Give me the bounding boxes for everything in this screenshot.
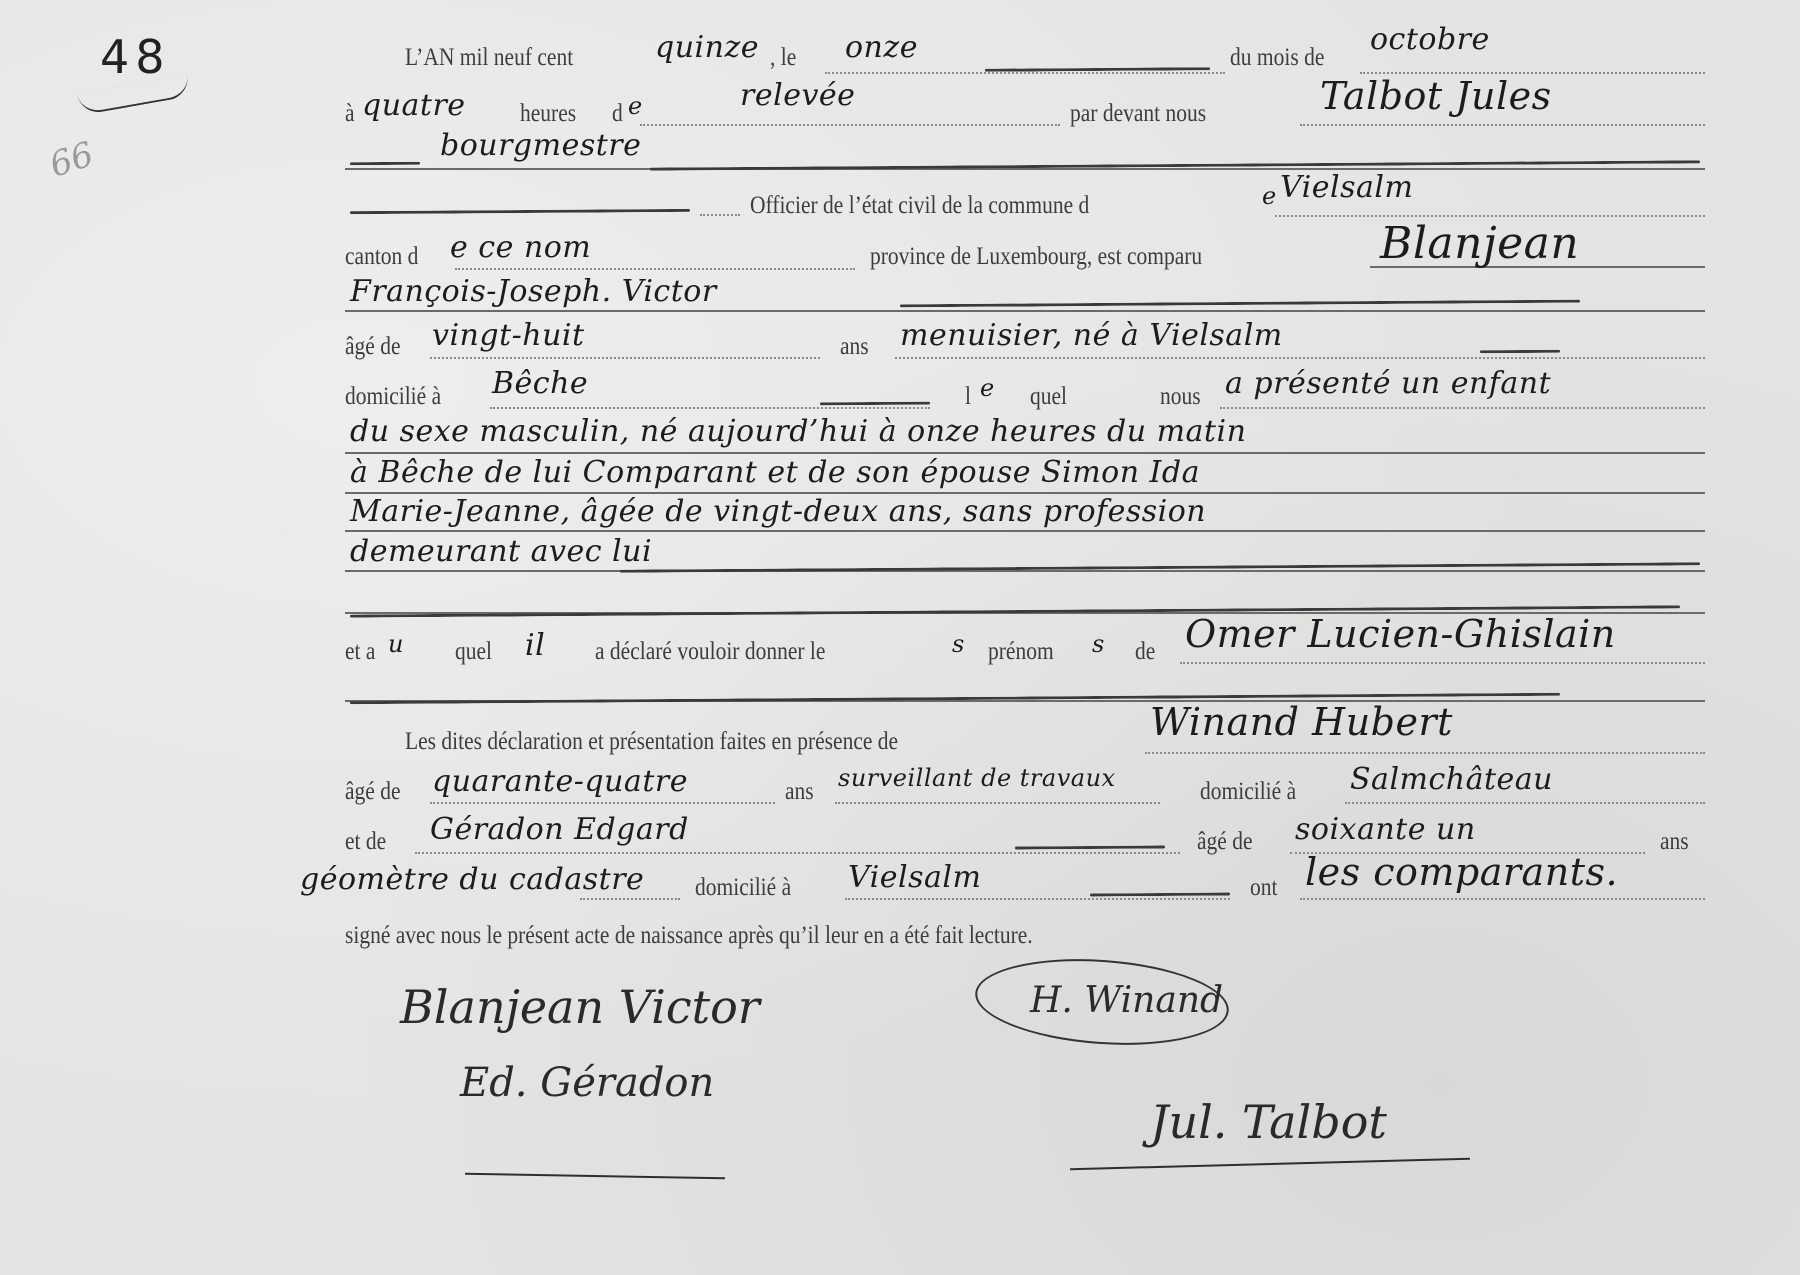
fill-line xyxy=(1275,215,1705,217)
fill-line xyxy=(580,898,680,900)
printed-le: , le xyxy=(770,44,796,72)
act-number: 48 xyxy=(100,30,171,84)
printed-nous: nous xyxy=(1160,383,1201,411)
handwritten-il: il xyxy=(525,628,545,663)
handwritten-declarant-age: vingt-huit xyxy=(432,318,585,353)
handwritten-commune: Vielsalm xyxy=(1280,170,1413,205)
handwritten-lequel-suffix: e xyxy=(980,374,995,402)
fill-line xyxy=(845,898,1230,900)
handwritten-les-suffix: s xyxy=(952,630,965,658)
ruled-line xyxy=(345,310,1705,312)
civil-registry-page: 48 66 L’AN mil neuf cent quinze , le onz… xyxy=(0,0,1800,1275)
handwritten-body-line-3: Marie-Jeanne, âgée de vingt-deux ans, sa… xyxy=(350,494,1206,529)
printed-d: d xyxy=(612,100,623,128)
filler-dash xyxy=(1480,350,1560,354)
handwritten-witness1-domicile: Salmchâteau xyxy=(1350,762,1553,797)
printed-age-label-3: âgé de xyxy=(1197,828,1253,856)
printed-month-label: du mois de xyxy=(1230,44,1324,72)
handwritten-declarant-given-names: François-Joseph. Victor xyxy=(350,274,717,309)
ruled-line xyxy=(345,530,1705,532)
handwritten-child-names: Omer Lucien-Ghislain xyxy=(1185,612,1616,656)
printed-ans-2: ans xyxy=(785,778,814,806)
filler-dash xyxy=(900,300,1580,308)
filler-dash xyxy=(350,209,690,214)
handwritten-de-suffix: e xyxy=(628,92,643,120)
fill-line xyxy=(825,72,1225,74)
fill-line xyxy=(1180,662,1705,664)
printed-domicile-label-3: domicilié à xyxy=(695,874,791,902)
handwritten-declarant-profession: menuisier, né à Vielsalm xyxy=(900,318,1283,353)
ruled-line xyxy=(345,168,1705,170)
fill-line xyxy=(415,852,1180,854)
printed-et-a: et a xyxy=(345,638,375,666)
printed-closing-statement: signé avec nous le présent acte de naiss… xyxy=(345,922,1033,950)
handwritten-presentation: a présenté un enfant xyxy=(1225,366,1551,401)
handwritten-time-of-day: relevée xyxy=(740,78,855,113)
filler-dash xyxy=(820,402,930,406)
printed-ont: ont xyxy=(1250,874,1277,902)
handwritten-witness1-profession: surveillant de travaux xyxy=(838,764,1116,792)
signature-witness2: Ed. Géradon xyxy=(460,1060,714,1106)
fill-line xyxy=(700,214,740,216)
printed-a: à xyxy=(345,100,355,128)
printed-domicile-label: domicilié à xyxy=(345,383,441,411)
printed-age-label-2: âgé de xyxy=(345,778,401,806)
handwritten-officer-title: bourgmestre xyxy=(440,128,641,163)
printed-ans: ans xyxy=(840,333,869,361)
handwritten-hour: quatre xyxy=(362,88,466,123)
handwritten-day: onze xyxy=(845,30,918,65)
handwritten-declarant-domicile: Bêche xyxy=(492,366,588,401)
handwritten-prenoms-suffix: s xyxy=(1092,630,1105,658)
fill-line xyxy=(640,124,1060,126)
handwritten-witness1-age: quarante-quatre xyxy=(432,764,688,799)
signature-witness2-flourish xyxy=(465,1173,725,1180)
printed-witness-intro: Les dites déclaration et présentation fa… xyxy=(405,728,898,756)
printed-canton-label: canton d xyxy=(345,243,418,271)
handwritten-year: quinze xyxy=(655,30,759,65)
printed-quel-2: quel xyxy=(455,638,492,666)
fill-line xyxy=(1300,898,1705,900)
handwritten-canton: e ce nom xyxy=(450,230,591,265)
printed-ans-3: ans xyxy=(1660,828,1689,856)
fill-line xyxy=(1300,124,1705,126)
handwritten-body-line-4: demeurant avec lui xyxy=(350,534,652,569)
printed-quel: quel xyxy=(1030,383,1067,411)
filler-dash xyxy=(350,162,420,165)
handwritten-month: octobre xyxy=(1370,22,1490,57)
printed-et-de: et de xyxy=(345,828,386,856)
ruled-line xyxy=(345,452,1705,454)
handwritten-witness2-age: soixante un xyxy=(1295,812,1476,847)
ruled-line xyxy=(345,570,1705,572)
handwritten-auquel-suffix: u xyxy=(388,630,404,658)
printed-prenom: prénom xyxy=(988,638,1054,666)
filler-dash xyxy=(1015,845,1165,849)
signature-witness1: H. Winand xyxy=(1030,980,1223,1021)
handwritten-witness2-domicile: Vielsalm xyxy=(848,860,981,895)
handwritten-signed-by: les comparants. xyxy=(1305,850,1618,894)
printed-l: l xyxy=(965,383,971,411)
printed-heures: heures xyxy=(520,100,576,128)
pencil-number: 66 xyxy=(45,134,99,185)
printed-age-label: âgé de xyxy=(345,333,401,361)
fill-line xyxy=(835,802,1160,804)
fill-line xyxy=(895,357,1705,359)
printed-year-label: L’AN mil neuf cent xyxy=(405,44,573,72)
fill-line xyxy=(1220,407,1705,409)
handwritten-officer-name: Talbot Jules xyxy=(1320,74,1552,118)
fill-line xyxy=(430,802,775,804)
printed-par-devant-nous: par devant nous xyxy=(1070,100,1206,128)
fill-line xyxy=(455,268,855,270)
handwritten-body-line-1: du sexe masculin, né aujourd’hui à onze … xyxy=(350,414,1246,449)
printed-declare-label: a déclaré vouloir donner le xyxy=(595,638,825,666)
handwritten-commune-suffix: e xyxy=(1262,182,1277,210)
handwritten-declarant-surname: Blanjean xyxy=(1380,218,1579,269)
printed-officer-label: Officier de l’état civil de la commune d xyxy=(750,192,1089,220)
printed-domicile-label-2: domicilié à xyxy=(1200,778,1296,806)
fill-line xyxy=(490,407,930,409)
fill-line xyxy=(430,357,820,359)
filler-dash xyxy=(1090,893,1230,897)
printed-de: de xyxy=(1135,638,1155,666)
handwritten-witness2-name: Géradon Edgard xyxy=(430,812,689,847)
printed-province-label: province de Luxembourg, est comparu xyxy=(870,243,1202,271)
signature-declarant: Blanjean Victor xyxy=(400,980,760,1034)
handwritten-witness2-profession: géomètre du cadastre xyxy=(300,862,644,897)
handwritten-body-line-2: à Bêche de lui Comparant et de son épous… xyxy=(350,455,1200,490)
fill-line xyxy=(1345,802,1705,804)
signature-officer-flourish xyxy=(1070,1158,1470,1170)
handwritten-witness1-name: Winand Hubert xyxy=(1150,700,1453,744)
fill-line xyxy=(1145,752,1705,754)
signature-officer: Jul. Talbot xyxy=(1150,1095,1387,1149)
